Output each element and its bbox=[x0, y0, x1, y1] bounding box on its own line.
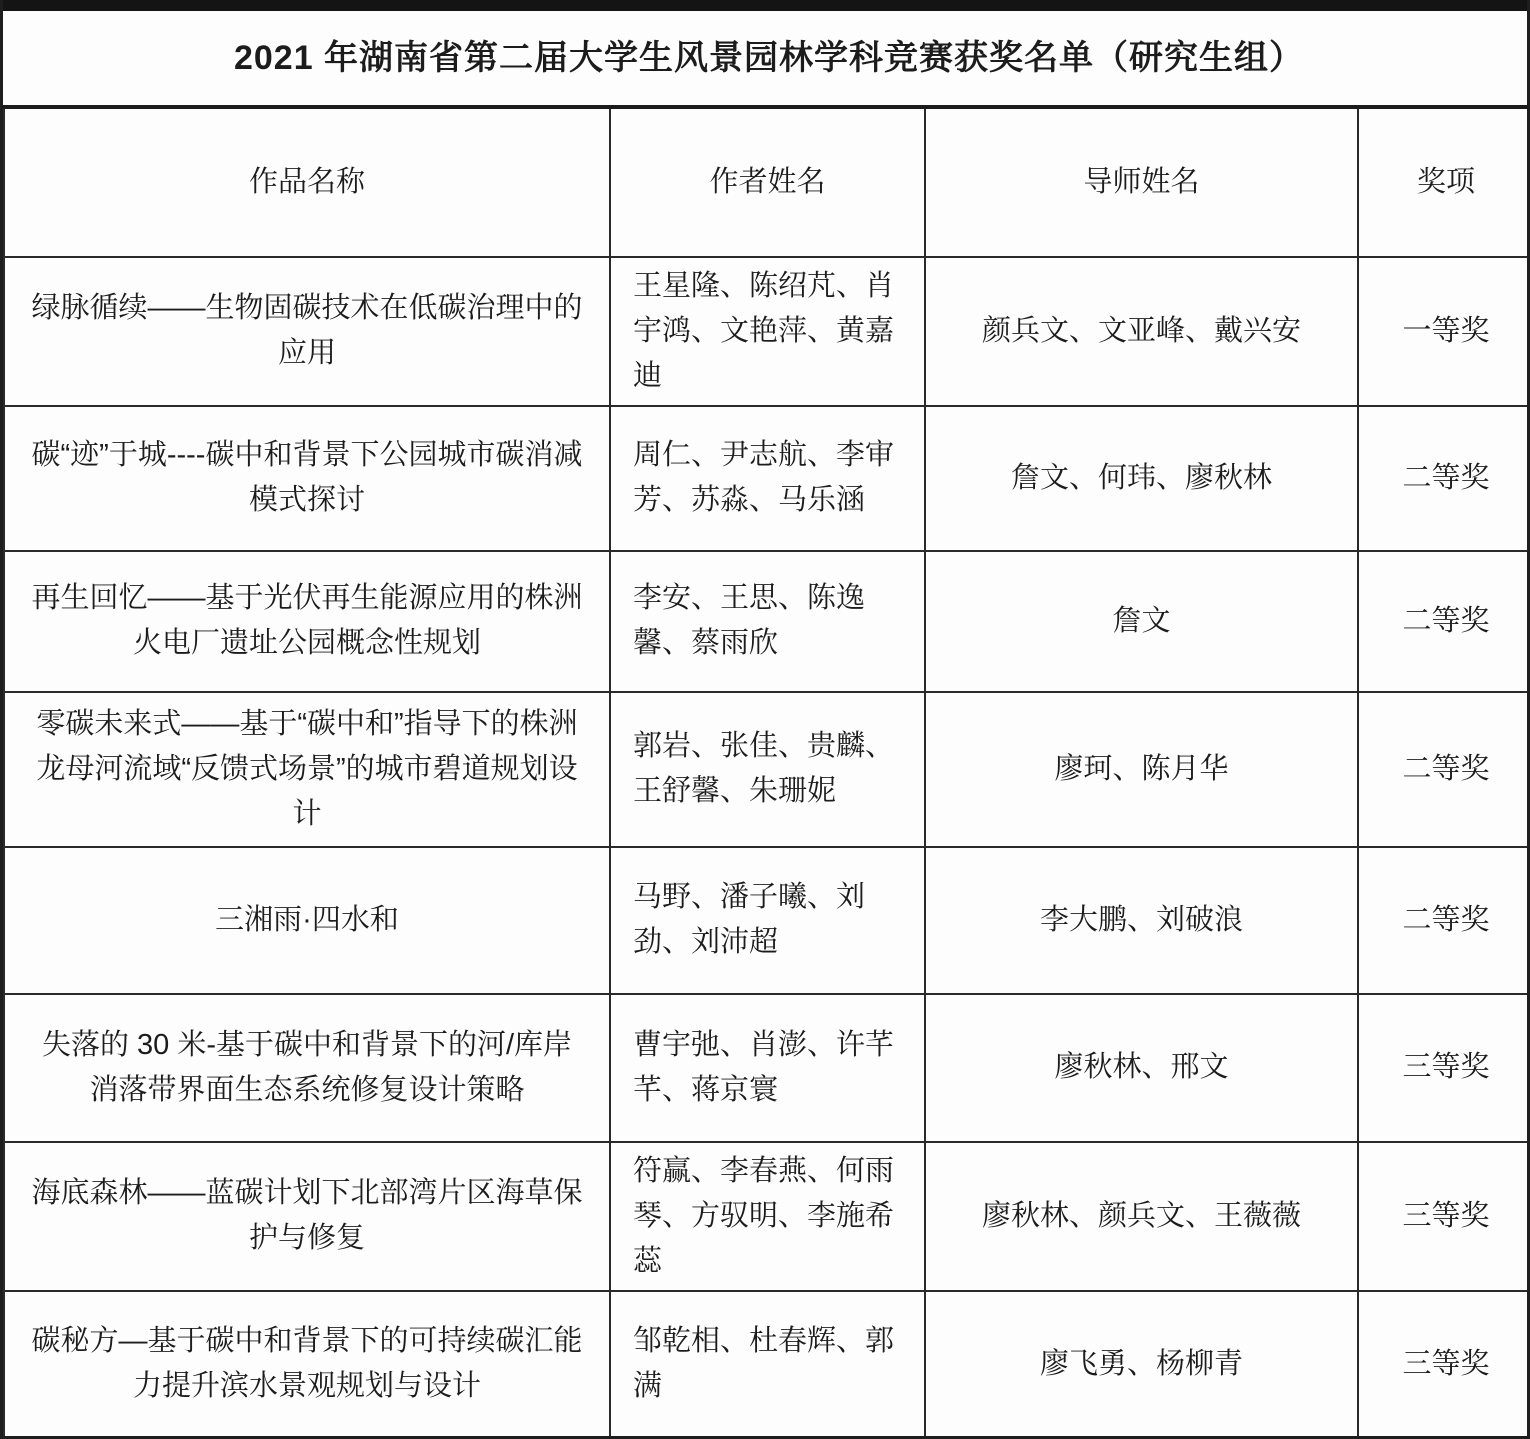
column-header-advisor-names: 导师姓名 bbox=[925, 107, 1358, 257]
advisors-cell: 廖飞勇、杨柳青 bbox=[925, 1291, 1358, 1438]
table-row: 碳秘方—基于碳中和背景下的可持续碳汇能力提升滨水景观规划与设计 邹乾相、杜春辉、… bbox=[4, 1291, 1530, 1438]
table-row: 绿脉循续——生物固碳技术在低碳治理中的应用 王星隆、陈绍芃、肖宇鸿、文艳萍、黄嘉… bbox=[4, 257, 1530, 406]
table-row: 碳“迹”于城----碳中和背景下公园城市碳消减模式探讨 周仁、尹志航、李审芳、苏… bbox=[4, 406, 1530, 551]
authors-cell: 郭岩、张佳、贵麟、王舒馨、朱珊妮 bbox=[610, 692, 925, 847]
authors-cell: 马野、潘子曦、刘劲、刘沛超 bbox=[610, 847, 925, 994]
advisors-cell: 颜兵文、文亚峰、戴兴安 bbox=[925, 257, 1358, 406]
award-cell: 二等奖 bbox=[1358, 551, 1530, 692]
column-header-award: 奖项 bbox=[1358, 107, 1530, 257]
column-header-work-name: 作品名称 bbox=[4, 107, 610, 257]
table-row: 海底森林——蓝碳计划下北部湾片区海草保护与修复 符赢、李春燕、何雨琴、方驭明、李… bbox=[4, 1142, 1530, 1291]
awards-table: 2021 年湖南省第二届大学生风景园林学科竞赛获奖名单（研究生组） 作品名称 作… bbox=[3, 11, 1530, 1439]
advisors-cell: 詹文、何玮、廖秋林 bbox=[925, 406, 1358, 551]
work-name-cell: 再生回忆——基于光伏再生能源应用的株洲火电厂遗址公园概念性规划 bbox=[4, 551, 610, 692]
column-header-author-names: 作者姓名 bbox=[610, 107, 925, 257]
table-header-row: 作品名称 作者姓名 导师姓名 奖项 bbox=[4, 107, 1530, 257]
authors-cell: 王星隆、陈绍芃、肖宇鸿、文艳萍、黄嘉迪 bbox=[610, 257, 925, 406]
authors-cell: 李安、王思、陈逸馨、蔡雨欣 bbox=[610, 551, 925, 692]
authors-cell: 曹宇弛、肖澎、许芊芊、蒋京寰 bbox=[610, 994, 925, 1142]
authors-cell: 邹乾相、杜春辉、郭满 bbox=[610, 1291, 925, 1438]
title-row: 2021 年湖南省第二届大学生风景园林学科竞赛获奖名单（研究生组） bbox=[4, 11, 1530, 107]
award-cell: 二等奖 bbox=[1358, 406, 1530, 551]
award-cell: 三等奖 bbox=[1358, 1142, 1530, 1291]
top-border-bar bbox=[3, 0, 1527, 11]
work-name-cell: 碳“迹”于城----碳中和背景下公园城市碳消减模式探讨 bbox=[4, 406, 610, 551]
advisors-cell: 詹文 bbox=[925, 551, 1358, 692]
work-name-cell: 失落的 30 米-基于碳中和背景下的河/库岸消落带界面生态系统修复设计策略 bbox=[4, 994, 610, 1142]
advisors-cell: 李大鹏、刘破浪 bbox=[925, 847, 1358, 994]
table-row: 三湘雨·四水和 马野、潘子曦、刘劲、刘沛超 李大鹏、刘破浪 二等奖 bbox=[4, 847, 1530, 994]
award-cell: 二等奖 bbox=[1358, 847, 1530, 994]
award-cell: 二等奖 bbox=[1358, 692, 1530, 847]
award-cell: 三等奖 bbox=[1358, 1291, 1530, 1438]
award-cell: 一等奖 bbox=[1358, 257, 1530, 406]
authors-cell: 符赢、李春燕、何雨琴、方驭明、李施希蕊 bbox=[610, 1142, 925, 1291]
advisors-cell: 廖秋林、颜兵文、王薇薇 bbox=[925, 1142, 1358, 1291]
work-name-cell: 海底森林——蓝碳计划下北部湾片区海草保护与修复 bbox=[4, 1142, 610, 1291]
table-row: 零碳未来式——基于“碳中和”指导下的株洲龙母河流域“反馈式场景”的城市碧道规划设… bbox=[4, 692, 1530, 847]
authors-cell: 周仁、尹志航、李审芳、苏淼、马乐涵 bbox=[610, 406, 925, 551]
table-row: 失落的 30 米-基于碳中和背景下的河/库岸消落带界面生态系统修复设计策略 曹宇… bbox=[4, 994, 1530, 1142]
advisors-cell: 廖珂、陈月华 bbox=[925, 692, 1358, 847]
page-title: 2021 年湖南省第二届大学生风景园林学科竞赛获奖名单（研究生组） bbox=[4, 11, 1530, 107]
work-name-cell: 碳秘方—基于碳中和背景下的可持续碳汇能力提升滨水景观规划与设计 bbox=[4, 1291, 610, 1438]
award-cell: 三等奖 bbox=[1358, 994, 1530, 1142]
document-page: 2021 年湖南省第二届大学生风景园林学科竞赛获奖名单（研究生组） 作品名称 作… bbox=[0, 0, 1530, 1439]
work-name-cell: 绿脉循续——生物固碳技术在低碳治理中的应用 bbox=[4, 257, 610, 406]
table-row: 再生回忆——基于光伏再生能源应用的株洲火电厂遗址公园概念性规划 李安、王思、陈逸… bbox=[4, 551, 1530, 692]
work-name-cell: 三湘雨·四水和 bbox=[4, 847, 610, 994]
advisors-cell: 廖秋林、邢文 bbox=[925, 994, 1358, 1142]
work-name-cell: 零碳未来式——基于“碳中和”指导下的株洲龙母河流域“反馈式场景”的城市碧道规划设… bbox=[4, 692, 610, 847]
